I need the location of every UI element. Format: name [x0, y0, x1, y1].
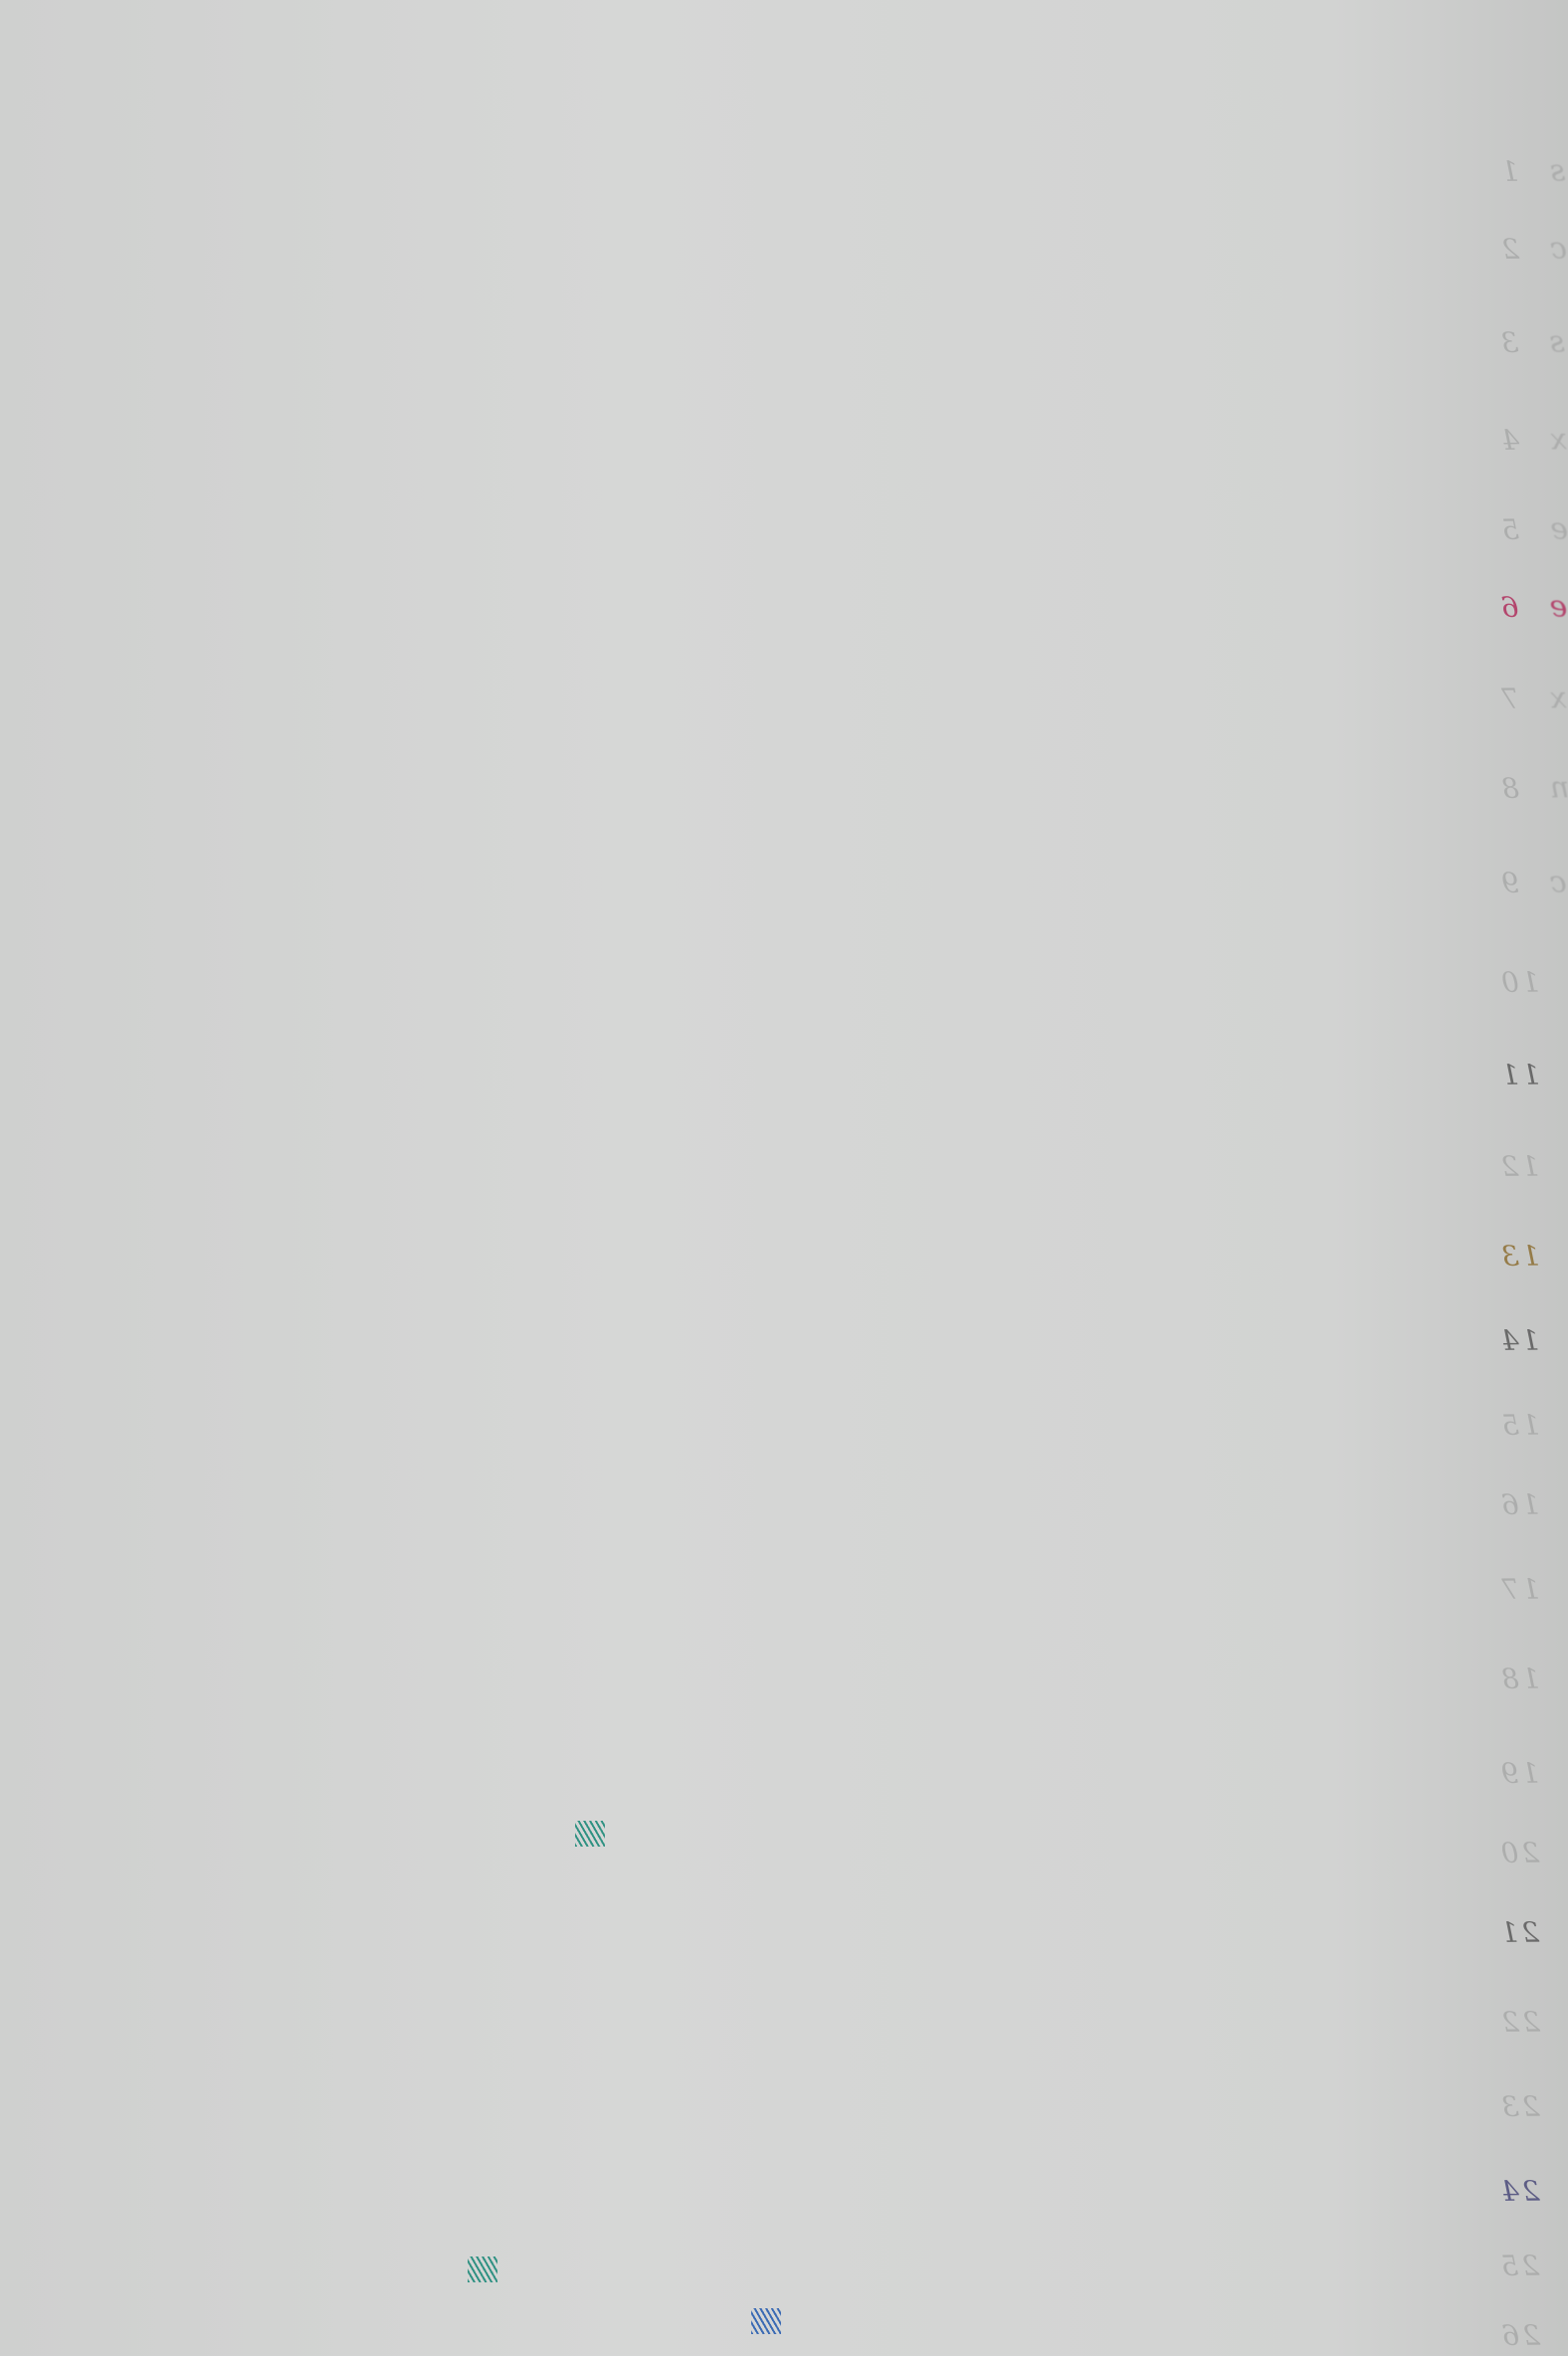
list-item-number: 1: [1498, 154, 1519, 187]
list-item: 4Marlene Rangey ... Pipo Pasaleureux Mar…: [1498, 409, 1568, 462]
list-item: 23Gali Aulhen 2.0 +Fr Patisse 1000 Petit…: [1498, 2074, 1568, 2128]
list-item: 19Rolla revianna Nord Parc +Fr Jorgarde …: [1498, 1739, 1568, 1795]
list-item: 22Delamon Marlotten 87 +Fr Dinnie Midnig…: [1498, 1991, 1568, 2044]
list-item: 3Pascal Rossard UCo + Fr Ch Charmenil Pe…: [1498, 309, 1568, 364]
list-item-text: DPids 88 (Sylvie) +Fr J.Marin Hugo Bonne…: [1547, 580, 1568, 624]
list-item: 9Apollinaire, Pal +Fr Petit Rose Blanc: [1498, 853, 1568, 904]
list-item: 7Marillon ... +Fr ... a marrila Margaux: [1498, 669, 1568, 720]
list-item: 8Petit paris 25 +Fr Petit Paris Sapin: [1498, 759, 1568, 810]
list-item: 24Petit Marine Valine 45 +Fr Petit Marig…: [1498, 2156, 1568, 2213]
list-item-text: Imitri Fra an rank +Fr Petit arrietature…: [1547, 144, 1568, 188]
list-item: 5Petitra Paris + Fr ... Tenais Paraiso n…: [1498, 498, 1568, 551]
list-item-number: 25: [1498, 2249, 1540, 2281]
list-item: 11Adhy Zablé +Fr Dinis Blue Pond: [1498, 1046, 1568, 1096]
paper-sheet: 1Imitri Fra an rank +Fr Petit arrietatur…: [0, 0, 1568, 2356]
list-item: 26Marina Pin +Fr Vol Turquoise: [1498, 2307, 1568, 2356]
list-item-text: Julien Pinca ... Parc: [1547, 227, 1568, 266]
list-item-text: Petit paris 25 +Fr Petit Paris Sapin: [1547, 763, 1568, 805]
list-item-number: 10: [1498, 965, 1540, 998]
list-item-number: 19: [1498, 1756, 1540, 1789]
list-item-number: 17: [1498, 1572, 1540, 1605]
list-item-number: 15: [1498, 1408, 1540, 1441]
list-item: 21Marina Ent +Fr Dinnie Blue Pond: [1498, 1903, 1568, 1954]
list-item-text: Pascal Rossard UCo + Fr Ch Charmenil Pet…: [1547, 314, 1568, 359]
list-item: 2Julien Pinca ... Parc: [1498, 223, 1568, 271]
list-item-number: 4: [1498, 423, 1519, 456]
list-item: 10... Pasquier ... Bergamote ... Caramel: [1498, 952, 1568, 1004]
list-item-number: 21: [1498, 1915, 1540, 1948]
teal-check-mark: [468, 2257, 497, 2282]
list-item-number: 8: [1498, 771, 1519, 804]
list-item-number: 24: [1498, 2174, 1540, 2207]
list-item: 12Petit Paris Cas +Fr Rose Champagne Pam…: [1498, 1133, 1568, 1188]
list-item-text: Petitra Paris + Fr ... Tenais Paraiso na…: [1547, 503, 1568, 546]
list-item-text: Marillon ... +Fr ... a marrila Margaux: [1547, 674, 1568, 715]
list-item-number: 6: [1498, 590, 1519, 623]
list-item: 13Petitra Carol 1400 petit anniversaire …: [1498, 1224, 1568, 1277]
list-item-number: 23: [1498, 2089, 1540, 2122]
list-item-number: 22: [1498, 2005, 1540, 2038]
list-item-text: Apollinaire, Pal +Fr Petit Rose Blanc: [1547, 858, 1568, 899]
list-item-number: 16: [1498, 1487, 1540, 1520]
list-item: 25Hafanny Argest 2 +Fr Petit Mariolla Sa…: [1498, 2234, 1568, 2287]
list-item-text: Marlene Rangey ... Pipo Pasaleureux Marg…: [1547, 413, 1568, 457]
list-item: 1Imitri Fra an rank +Fr Petit arrietatur…: [1498, 139, 1568, 193]
blue-check-mark: [751, 2308, 781, 2334]
list-item-number: 2: [1498, 232, 1519, 265]
list-item: 18Pampamoulle ... Bugnon Sallanche ... B…: [1498, 1647, 1568, 1700]
list-item-number: 11: [1498, 1058, 1540, 1090]
list-item-number: 9: [1498, 866, 1519, 898]
teal-line20-mark: [575, 1821, 605, 1847]
list-item-number: 14: [1498, 1323, 1540, 1356]
list-item: 16Natanne Banlite 7 +Fr Dinis Sprenn: [1498, 1474, 1568, 1526]
list-item: 15Marron Daire +Fr Marlu Pampelle: [1498, 1396, 1568, 1447]
list-item: 20Sanchi Lingat +Fr cab Vert Savange: [1498, 1823, 1568, 1874]
list-item-number: 5: [1498, 512, 1519, 545]
list-item: 17Grahem Amritad mak 25 +Fr Pebre Cusa r…: [1498, 1554, 1568, 1611]
list-item-number: 18: [1498, 1662, 1540, 1694]
list-item-number: 26: [1498, 2318, 1540, 2351]
list-item-number: 20: [1498, 1836, 1540, 1868]
list-item: 14Delatreman Compation Slim +Fr De Himan…: [1498, 1306, 1568, 1362]
list-item-number: 13: [1498, 1239, 1540, 1272]
list-item-number: 3: [1498, 325, 1519, 358]
list-item-number: 12: [1498, 1149, 1540, 1182]
list-item: 6DPids 88 (Sylvie) +Fr J.Marin Hugo Bonn…: [1498, 576, 1568, 629]
list-item-number: 7: [1498, 682, 1519, 714]
